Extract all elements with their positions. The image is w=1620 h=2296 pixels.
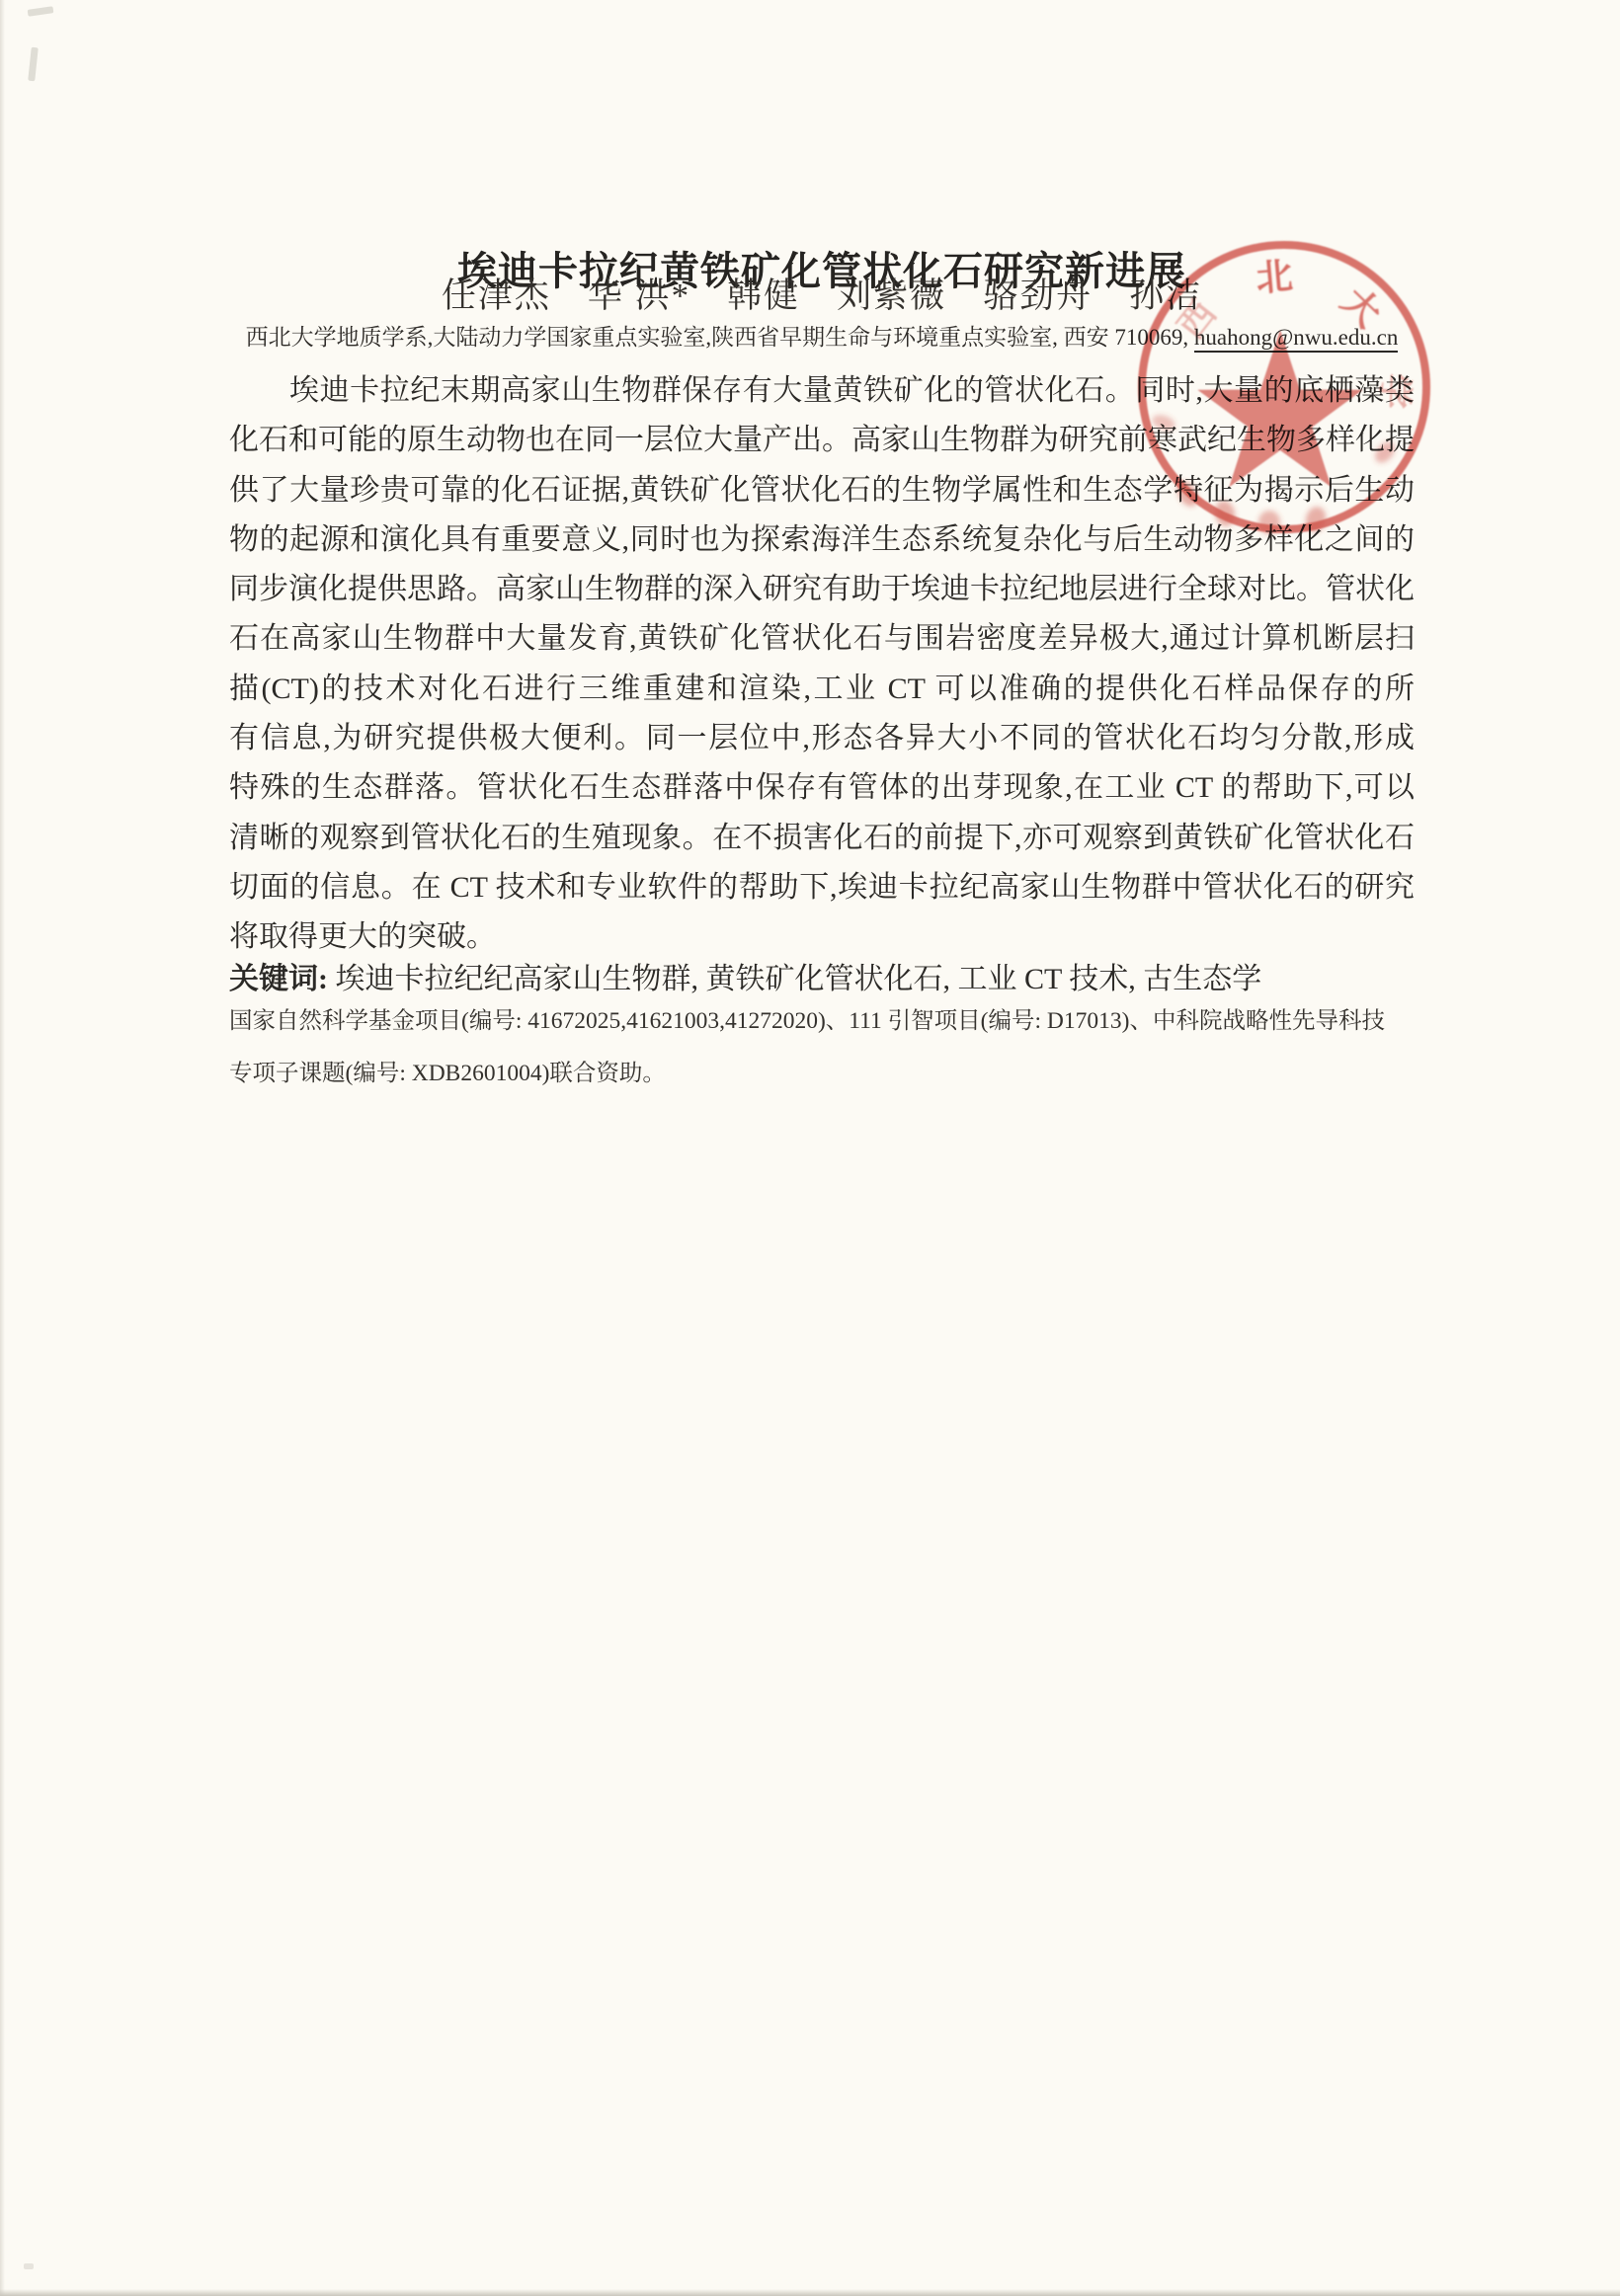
- authors-line: 任津杰 华 洪* 韩健 刘紫薇 骆劲舟 孙洁: [229, 269, 1415, 318]
- abstract-line: 描(CT)的技术对化石进行三维重建和渲染,工业 CT 可以准确的提供化石样品保存…: [229, 665, 1415, 714]
- scan-artifact-speck: [24, 2263, 34, 2269]
- abstract-line: 特殊的生态群落。管状化石生态群落中保存有管体的出芽现象,在工业 CT 的帮助下,…: [229, 763, 1415, 813]
- funding-line: 国家自然科学基金项目(编号: 41672025,41621003,4127202…: [229, 1007, 1464, 1060]
- scanned-abstract-page: 埃迪卡拉纪黄铁矿化管状化石研究新进展 任津杰 华 洪* 韩健 刘紫薇 骆劲舟 孙…: [0, 0, 1620, 2296]
- scan-artifact-speck: [28, 6, 54, 17]
- keywords-text: 埃迪卡拉纪纪高家山生物群, 黄铁矿化管状化石, 工业 CT 技术, 古生态学: [336, 963, 1262, 995]
- affiliation-text: 西北大学地质学系,大陆动力学国家重点实验室,陕西省早期生命与环境重点实验室, 西…: [246, 325, 1194, 350]
- abstract-line: 同步演化提供思路。高家山生物群的深入研究有助于埃迪卡拉纪地层进行全球对比。管状化: [229, 565, 1415, 614]
- keywords-label: 关键词:: [229, 963, 328, 995]
- abstract-paragraph: 埃迪卡拉纪末期高家山生物群保存有大量黄铁矿化的管状化石。同时,大量的底栖藻类 化…: [229, 366, 1415, 963]
- abstract-line: 切面的信息。在 CT 技术和专业软件的帮助下,埃迪卡拉纪高家山生物群中管状化石的…: [229, 863, 1415, 912]
- abstract-line: 有信息,为研究提供极大便利。同一层位中,形态各异大小不同的管状化石均匀分散,形成: [229, 714, 1415, 763]
- keywords-line: 关键词: 埃迪卡拉纪纪高家山生物群, 黄铁矿化管状化石, 工业 CT 技术, 古…: [229, 954, 1513, 997]
- abstract-line: 化石和可能的原生动物也在同一层位大量产出。高家山生物群为研究前寒武纪生物多样化提: [229, 416, 1415, 465]
- abstract-line: 清晰的观察到管状化石的生殖现象。在不损害化石的前提下,亦可观察到黄铁矿化管状化石: [229, 814, 1415, 863]
- scan-edge-shadow-bottom: [0, 2289, 1620, 2296]
- scan-edge-shadow-left: [0, 0, 5, 2296]
- abstract-line: 供了大量珍贵可靠的化石证据,黄铁矿化管状化石的生物学属性和生态学特征为揭示后生动: [229, 466, 1415, 515]
- funding-line: 专项子课题(编号: XDB2601004)联合资助。: [229, 1060, 1464, 1112]
- abstract-line: 埃迪卡拉纪末期高家山生物群保存有大量黄铁矿化的管状化石。同时,大量的底栖藻类: [229, 366, 1415, 416]
- affiliation-line: 西北大学地质学系,大陆动力学国家重点实验室,陕西省早期生命与环境重点实验室, 西…: [158, 319, 1486, 352]
- abstract-line: 物的起源和演化具有重要意义,同时也为探索海洋生态系统复杂化与后生动物多样化之间的: [229, 515, 1415, 565]
- abstract-line: 石在高家山生物群中大量发育,黄铁矿化管状化石与围岩密度差异极大,通过计算机断层扫: [229, 614, 1415, 664]
- scan-artifact-speck: [28, 47, 39, 82]
- email-link[interactable]: huahong@nwu.edu.cn: [1194, 325, 1398, 353]
- funding-note: 国家自然科学基金项目(编号: 41672025,41621003,4127202…: [229, 1007, 1464, 1112]
